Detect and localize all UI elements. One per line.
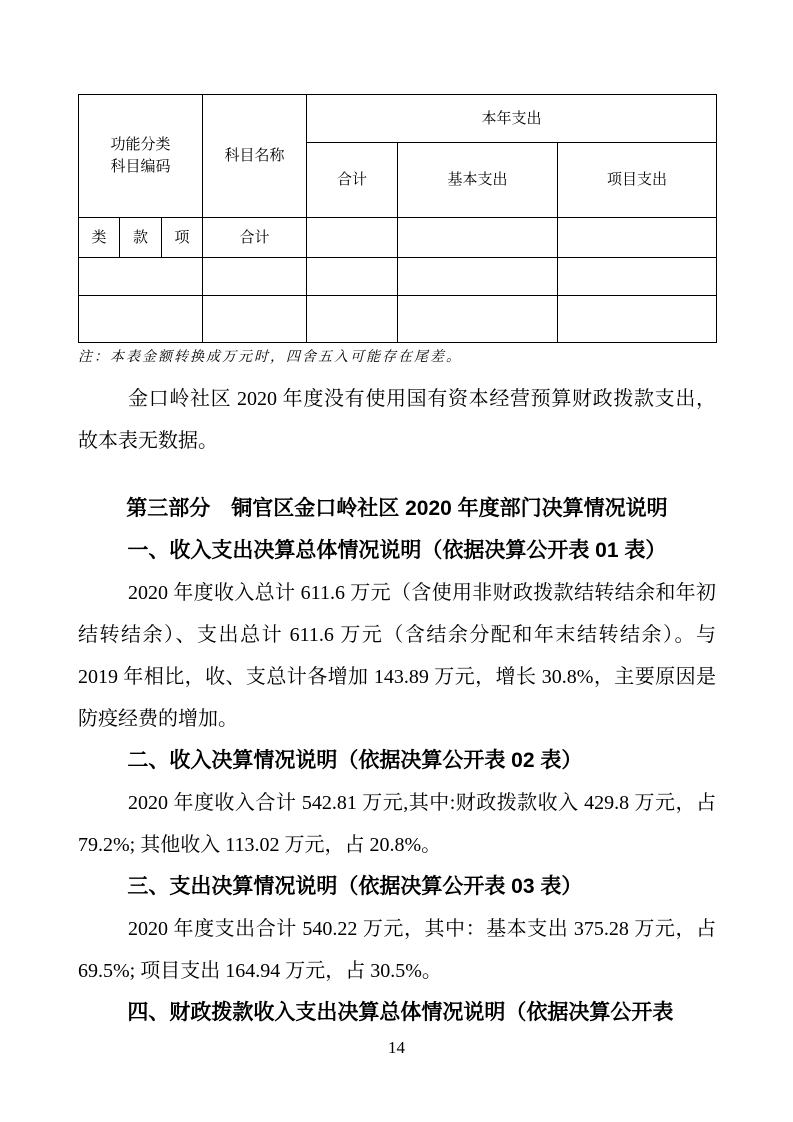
empty-cell [79, 296, 203, 343]
subrow-cell-item: 款 [120, 218, 162, 258]
table-footnote: 注：本表金额转换成万元时，四舍五入可能存在尾差。 [78, 348, 716, 368]
section2-body: 2020 年度收入合计 542.81 万元,其中:财政拨款收入 429.8 万元… [78, 782, 716, 866]
empty-cell [203, 296, 307, 343]
header-cell-total: 合计 [307, 143, 398, 218]
empty-cell [307, 218, 398, 258]
empty-cell [398, 296, 558, 343]
header-cell-current-year-expenditure: 本年支出 [307, 95, 717, 143]
table-header-row-1: 功能分类 科目编码 科目名称 本年支出 [79, 95, 717, 143]
section4-heading: 四、财政拨款收入支出决算总体情况说明（依据决算公开表 [78, 992, 716, 1034]
page-number: 14 [0, 1036, 793, 1060]
section3-heading: 三、支出决算情况说明（依据决算公开表 03 表） [78, 866, 716, 908]
table-subheader-row: 类 款 项 合计 [79, 218, 717, 258]
empty-cell [398, 258, 558, 296]
function-code-line2: 科目编码 [111, 159, 171, 175]
page-content: 功能分类 科目编码 科目名称 本年支出 合计 基本支出 项目支出 类 款 项 合… [78, 94, 716, 1034]
section3-body: 2020 年度支出合计 540.22 万元，其中：基本支出 375.28 万元，… [78, 908, 716, 992]
subrow-cell-category: 类 [79, 218, 120, 258]
empty-cell [307, 258, 398, 296]
subrow-cell-clause: 项 [162, 218, 203, 258]
part3-title: 第三部分 铜官区金口岭社区 2020 年度部门决算情况说明 [78, 488, 716, 530]
document-page: 功能分类 科目编码 科目名称 本年支出 合计 基本支出 项目支出 类 款 项 合… [0, 0, 793, 1122]
section1-heading: 一、收入支出决算总体情况说明（依据决算公开表 01 表） [78, 530, 716, 572]
section1-body: 2020 年度收入总计 611.6 万元（含使用非财政拨款结转结余和年初结转结余… [78, 572, 716, 740]
header-cell-basic-expenditure: 基本支出 [398, 143, 558, 218]
intro-paragraph: 金口岭社区 2020 年度没有使用国有资本经营预算财政拨款支出，故本表无数据。 [78, 378, 716, 462]
empty-cell [558, 296, 717, 343]
empty-cell [307, 296, 398, 343]
budget-table: 功能分类 科目编码 科目名称 本年支出 合计 基本支出 项目支出 类 款 项 合… [78, 94, 717, 343]
header-cell-subject-name: 科目名称 [203, 95, 307, 218]
header-cell-function-code: 功能分类 科目编码 [79, 95, 203, 218]
empty-cell [79, 258, 203, 296]
empty-cell [203, 258, 307, 296]
empty-cell [558, 258, 717, 296]
table-empty-row [79, 258, 717, 296]
empty-cell [398, 218, 558, 258]
empty-cell [558, 218, 717, 258]
table-empty-row [79, 296, 717, 343]
function-code-line1: 功能分类 [111, 137, 171, 153]
section2-heading: 二、收入决算情况说明（依据决算公开表 02 表） [78, 740, 716, 782]
subrow-cell-total-label: 合计 [203, 218, 307, 258]
header-cell-project-expenditure: 项目支出 [558, 143, 717, 218]
